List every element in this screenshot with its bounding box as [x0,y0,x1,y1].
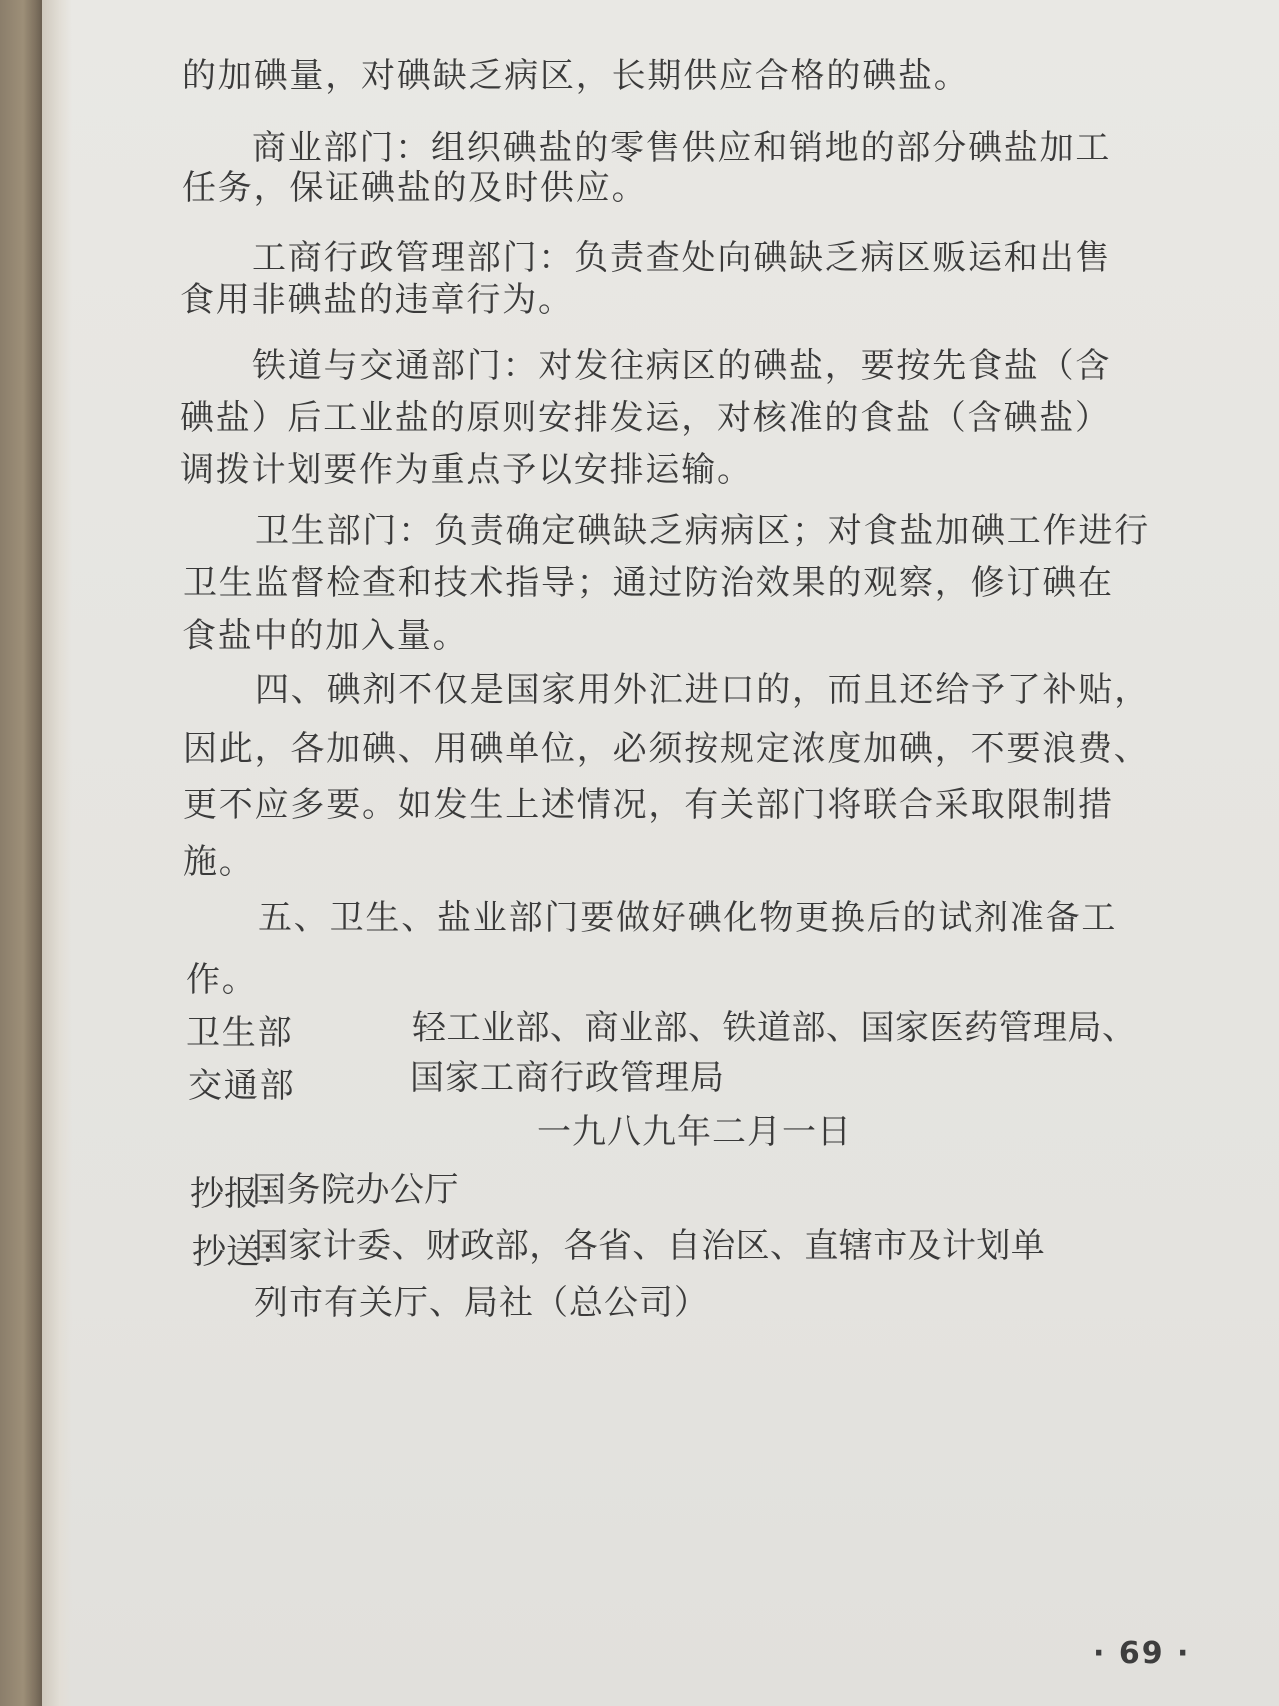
document-date: 一九八九年二月一日 [537,1112,852,1152]
body-line: 卫生部门：负责确定碘缺乏病病区；对食盐加碘工作进行 [255,511,1150,551]
body-line: 任务，保证碘盐的及时供应。 [182,168,647,208]
page-number: · 69 · [1093,1636,1190,1671]
body-line: 因此，各加碘、用碘单位，必须按规定浓度加碘，不要浪费、 [183,729,1150,769]
signatory-left-2: 交通部 [188,1066,295,1106]
body-line: 作。 [186,960,258,1000]
body-line: 四、碘剂不仅是国家用外汇进口的，而且还给予了补贴， [255,670,1150,710]
body-line: 食盐中的加入量。 [182,616,468,656]
cc-send-to-line1: 国家计委、财政部，各省、自治区、直辖市及计划单 [254,1226,1045,1266]
gutter-shadow [42,0,72,1706]
cc-send-to-line2: 列市有关厅、局社（总公司） [254,1283,709,1323]
body-line: 碘盐）后工业盐的原则安排发运，对核准的食盐（含碘盐） [180,398,1111,438]
body-line: 五、卫生、盐业部门要做好碘化物更换后的试剂准备工 [258,898,1117,938]
body-line: 施。 [183,842,255,882]
body-line: 的加碘量，对碘缺乏病区，长期供应合格的碘盐。 [182,56,970,96]
body-line: 卫生监督检查和技术指导；通过防治效果的观察，修订碘在 [183,563,1114,603]
signatory-right-2: 国家工商行政管理局 [410,1058,725,1098]
body-line: 铁道与交通部门：对发往病区的碘盐，要按先食盐（含 [252,346,1111,386]
body-line: 商业部门：组织碘盐的零售供应和销地的部分碘盐加工 [252,128,1111,168]
signatory-right-1: 轻工业部、商业部、铁道部、国家医药管理局、 [412,1008,1137,1048]
body-line: 食用非碘盐的违章行为。 [180,280,574,320]
body-line: 调拨计划要作为重点予以安排运输。 [180,450,753,490]
signatory-left-1: 卫生部 [186,1013,293,1053]
body-line: 工商行政管理部门：负责查处向碘缺乏病区贩运和出售 [252,238,1111,278]
book-binding-edge [0,0,42,1706]
body-line: 更不应多要。如发生上述情况，有关部门将联合采取限制措 [183,785,1114,825]
cc-report-to: 国务院办公厅 [252,1170,459,1210]
